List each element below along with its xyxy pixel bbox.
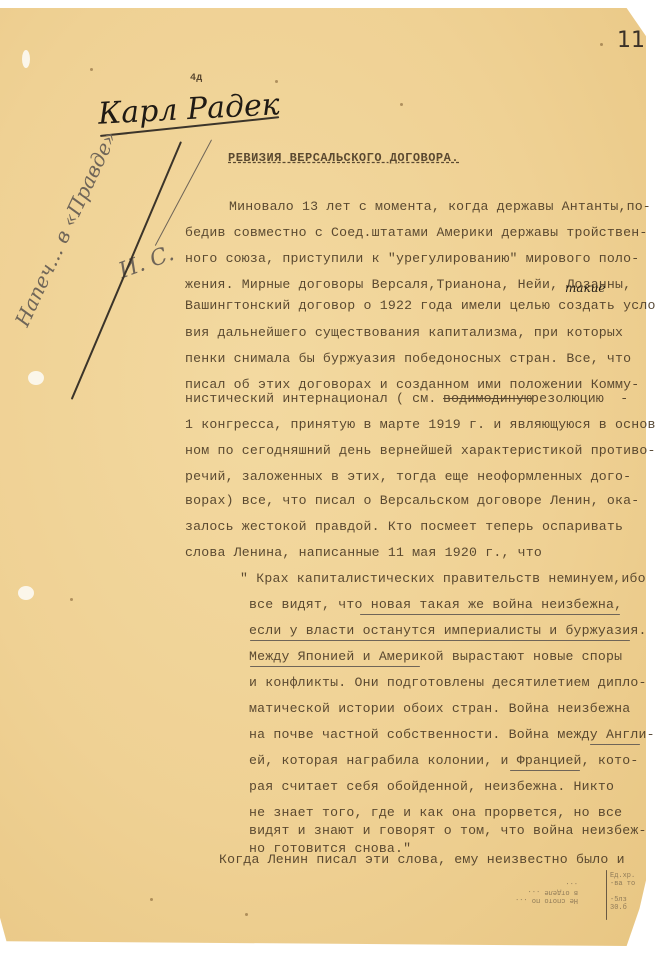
body-line: нистический интернационал ( см. bbox=[185, 391, 437, 406]
paper-hole bbox=[22, 50, 30, 68]
paper-speck bbox=[150, 898, 153, 901]
body-line: Миновало 13 лет с момента, когда державы… bbox=[229, 199, 651, 214]
quote-line: на почве частной собственности. Война ме… bbox=[249, 727, 655, 742]
quote-line: не знает того, где и как она прорвется, … bbox=[249, 805, 622, 820]
quote-line: ей, которая награбила колонии, и Францие… bbox=[249, 753, 638, 768]
document-title: РЕВИЗИЯ ВЕРСАЛЬСКОГО ДОГОВОРА. bbox=[228, 151, 459, 165]
paper-hole bbox=[18, 586, 34, 600]
body-line: речий, заложенных в этих, тогда еще неоф… bbox=[185, 469, 631, 484]
archive-stamp-divider bbox=[606, 870, 607, 920]
page-number: 11 bbox=[617, 28, 645, 53]
paper-speck bbox=[90, 68, 93, 71]
body-line: бедив совместно с Соед.штатами Америки д… bbox=[185, 225, 648, 240]
top-mark: 4д bbox=[190, 73, 202, 84]
body-line: слова Ленина, написанные 11 мая 1920 г.,… bbox=[185, 545, 542, 560]
paper-speck bbox=[275, 80, 278, 83]
body-line: ного союза, приступили к "урегулированию… bbox=[185, 251, 639, 266]
quote-line: видят и знают и говорят о том, что война… bbox=[249, 823, 647, 838]
paper-hole bbox=[28, 371, 44, 385]
interlinear-insertion: такие bbox=[565, 281, 606, 295]
pencil-underline bbox=[250, 640, 630, 641]
body-line: пенки снимала бы буржуазия победоносных … bbox=[185, 351, 631, 366]
quote-line: и конфликты. Они подготовлены десятилети… bbox=[249, 675, 647, 690]
body-line: ворах) все, что писал о Версальском дого… bbox=[185, 493, 639, 508]
body-line: писал об этих договорах и созданном ими … bbox=[185, 377, 639, 392]
body-line: залось жестокой правдой. Кто посмеет теп… bbox=[185, 519, 623, 534]
paper-speck bbox=[70, 598, 73, 601]
quote-line: все видят, что новая такая же война неиз… bbox=[249, 597, 622, 612]
body-line: Вашингтонский договор о 1922 года имели … bbox=[185, 298, 656, 313]
quote-line: " Крах капиталистических правительств не… bbox=[240, 571, 646, 586]
quote-line: если у власти останутся империалисты и б… bbox=[249, 623, 647, 638]
pencil-underline bbox=[510, 770, 580, 771]
quote-line: матической истории обоих стран. Война не… bbox=[249, 701, 630, 716]
closing-line: Когда Ленин писал эти слова, ему неизвес… bbox=[219, 852, 625, 867]
paper-speck bbox=[600, 43, 603, 46]
quote-line: рая считает себя обойденной, неизбежна. … bbox=[249, 779, 614, 794]
pencil-underline bbox=[590, 744, 640, 745]
quote-line: Между Японией и Америкой вырастают новые… bbox=[249, 649, 622, 664]
struck-word: водимодиную bbox=[443, 391, 532, 406]
body-line: 1 конгресса, принятую в марте 1919 г. и … bbox=[185, 417, 656, 432]
archive-stamp-left: Не спото по ... в отделе ... ... bbox=[515, 880, 578, 904]
archive-stamp-right: Ед.хр. -ва то -5лз 30.б bbox=[610, 872, 635, 912]
paper-speck bbox=[245, 913, 248, 916]
paper-speck bbox=[400, 103, 403, 106]
body-line: вия дальнейшего существования капитализм… bbox=[185, 325, 623, 340]
pencil-underline bbox=[250, 666, 420, 667]
body-line: резолюцию - bbox=[531, 391, 628, 406]
body-line: ном по сегодняшний день вернейшей характ… bbox=[185, 443, 656, 458]
pencil-underline bbox=[360, 614, 620, 615]
